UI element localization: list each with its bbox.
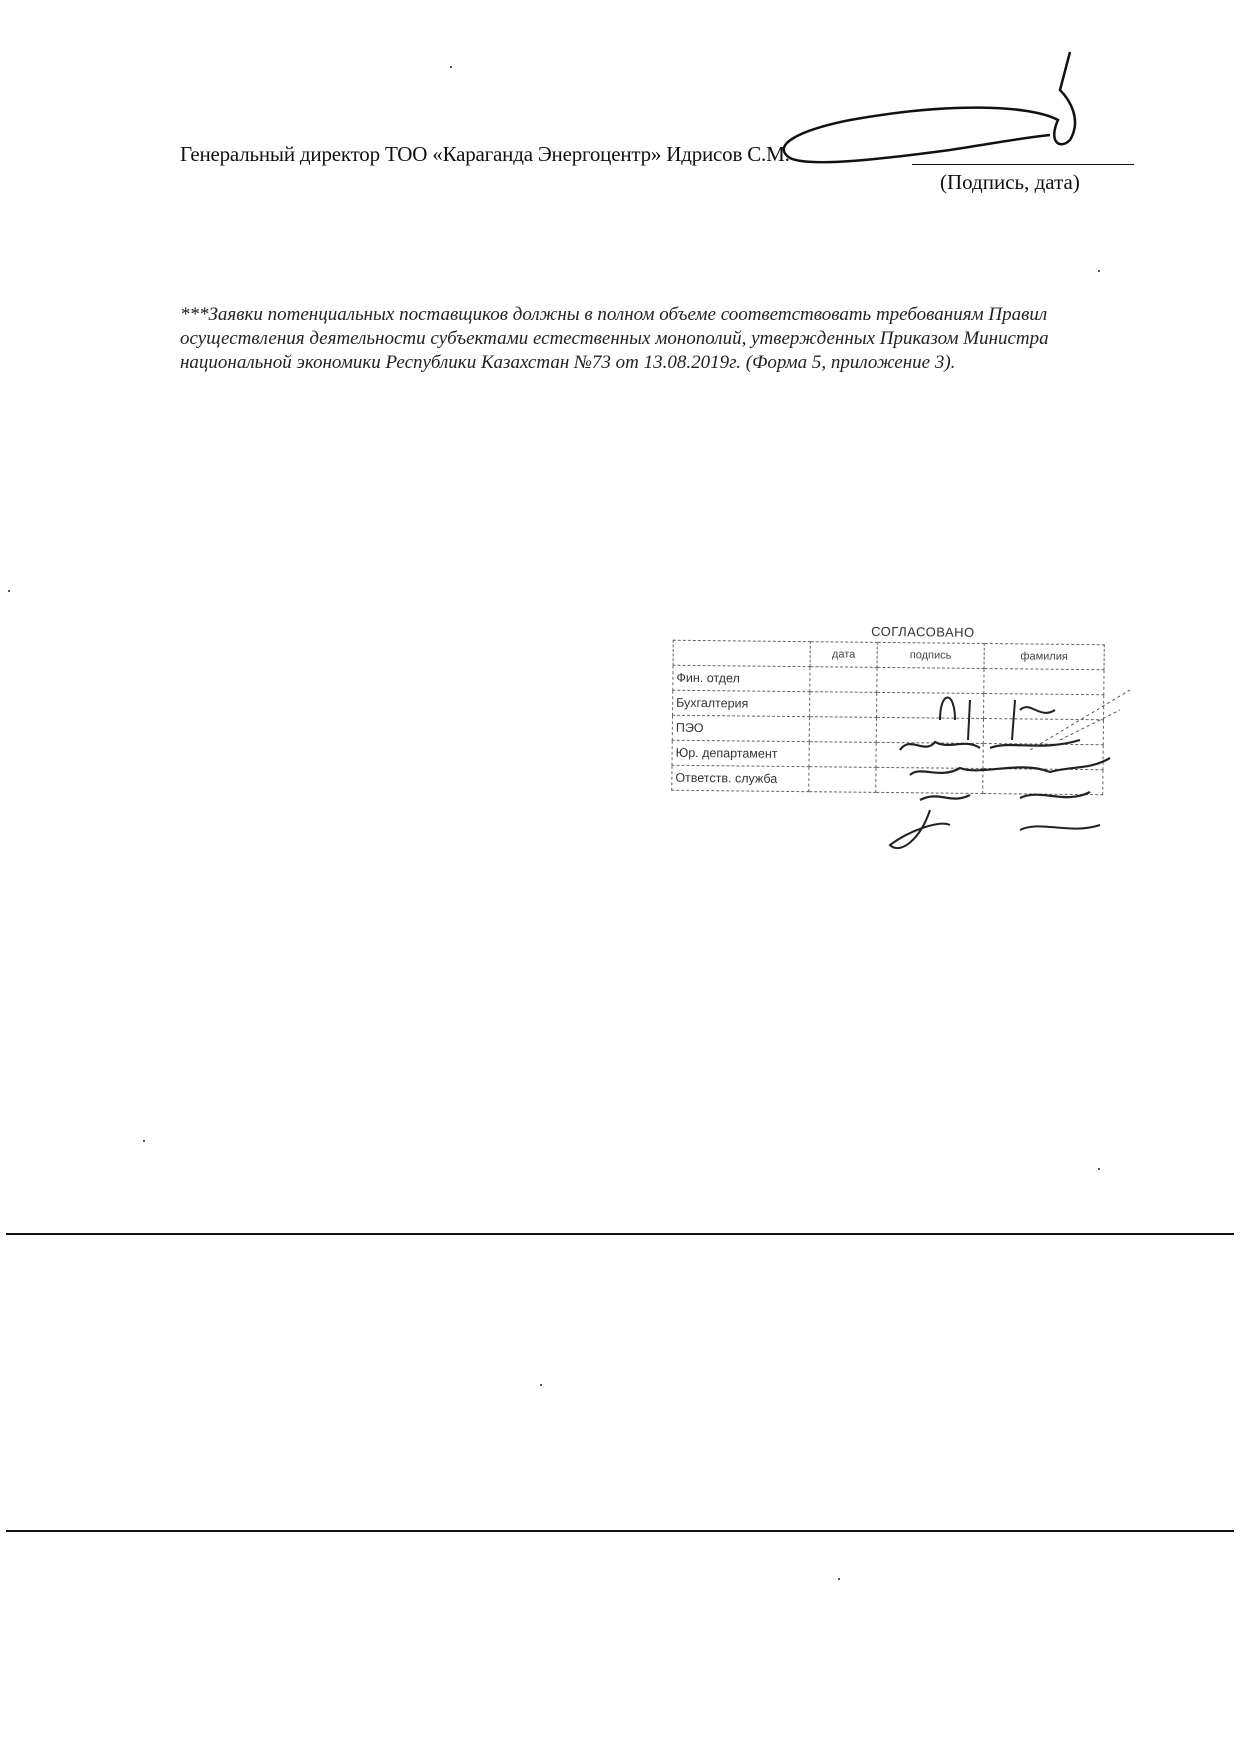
scan-speck <box>8 590 10 592</box>
approval-row-label: Ответств. служба <box>672 765 809 791</box>
page-divider-top <box>6 1233 1234 1235</box>
scan-speck <box>1098 1168 1100 1170</box>
scan-speck <box>540 1384 542 1386</box>
approval-col-surname: фамилия <box>984 644 1104 670</box>
signer-title: Генеральный директор ТОО «Караганда Энер… <box>180 142 790 167</box>
stamp-title: СОГЛАСОВАНО <box>833 623 1013 640</box>
scan-speck <box>838 1578 840 1580</box>
approval-col-date: дата <box>810 642 877 668</box>
approval-row-label: Бухгалтерия <box>673 690 810 716</box>
scan-speck <box>450 66 452 68</box>
approval-col-signature: подпись <box>877 642 984 668</box>
approval-row-label: ПЭО <box>672 715 809 741</box>
director-signature <box>770 50 1090 170</box>
approval-row-label: Юр. департамент <box>672 740 809 766</box>
signature-caption: (Подпись, дата) <box>940 170 1080 195</box>
page-divider-bottom <box>6 1530 1234 1532</box>
approval-signatures <box>880 680 1140 870</box>
approval-col-dept <box>673 640 810 666</box>
scan-speck <box>143 1140 145 1142</box>
signature-line <box>912 164 1134 165</box>
approval-row-label: Фин. отдел <box>673 665 810 691</box>
footnote: ***Заявки потенциальных поставщиков долж… <box>180 303 1110 375</box>
scan-speck <box>1098 270 1100 272</box>
